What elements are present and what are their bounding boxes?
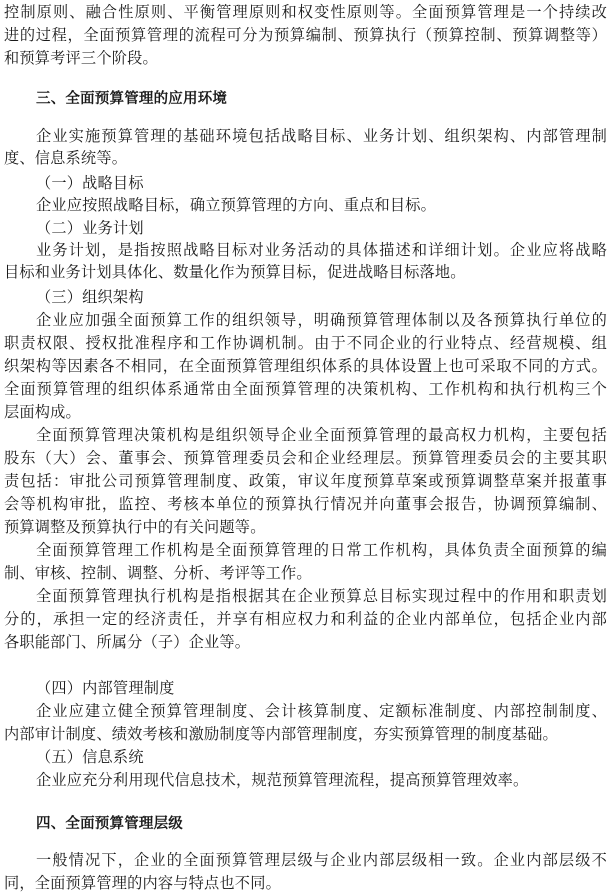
text-line: 全面预算管理执行机构是指根据其在企业预算总目标实现过程中的作用和职责划	[36, 585, 607, 608]
text-line: 股东（大）会、董事会、预算管理委员会和企业经理层。预算管理委员会的主要其职	[4, 447, 607, 470]
text-line: 和预算考评三个阶段。	[4, 47, 158, 70]
text-line: 业务计划，是指按照战略目标对业务活动的具体描述和详细计划。企业应将战略	[36, 239, 607, 262]
text-line: 度、信息系统等。	[4, 147, 127, 170]
text-line: 全面预算管理决策机构是组织领导企业全面预算管理的最高权力机构，主要包括	[36, 424, 607, 447]
text-line: 内部审计制度、绩效考核和激励制度等内部管理制度，夯实预算管理的制度基础。	[4, 723, 558, 746]
text-line: 全面预算管理的组织体系通常由全面预算管理的决策机构、工作机构和执行机构三个	[4, 378, 607, 401]
text-line: 企业应充分利用现代信息技术，规范预算管理流程，提高预算管理效率。	[36, 769, 528, 792]
text-line: 企业应加强全面预算工作的组织领导，明确预算管理体制以及各预算执行单位的	[36, 309, 607, 332]
text-line: 目标和业务计划具体化、数量化作为预算目标，促进战略目标落地。	[4, 261, 466, 284]
text-line: 会等机构审批，监控、考核本单位的预算执行情况并向董事会报告，协调预算编制、	[4, 493, 607, 516]
text-line: （四）内部管理制度	[36, 677, 175, 700]
text-line: 全面预算管理工作机构是全面预算管理的日常工作机构，具体负责全面预算的编	[36, 539, 607, 562]
text-line: 进的过程，全面预算管理的流程可分为预算编制、预算执行（预算控制、预算调整等）	[4, 24, 607, 47]
text-line: 职责权限、授权批准程序和工作协调机制。由于不同企业的行业特点、经营规模、组	[4, 332, 607, 355]
section-heading: 四、全面预算管理层级	[36, 813, 183, 836]
text-line: 层面构成。	[4, 401, 81, 424]
text-line: 分的，承担一定的经济责任，并享有相应权力和利益的企业内部单位，包括企业内部	[4, 608, 607, 631]
section-heading: 三、全面预算管理的应用环境	[36, 88, 227, 111]
text-line: 各职能部门、所属分（子）企业等。	[4, 631, 250, 654]
text-line: 制、审核、控制、调整、分析、考评等工作。	[4, 562, 312, 585]
text-line: （一）战略目标	[36, 172, 144, 195]
text-line: 责包括：审批公司预算管理制度、政策，审议年度预算草案或预算调整草案并报董事	[4, 470, 607, 493]
text-line: 企业实施预算管理的基础环境包括战略目标、业务计划、组织架构、内部管理制	[36, 125, 607, 148]
text-line: 预算调整及预算执行中的有关问题等。	[4, 516, 266, 539]
text-line: （三）组织架构	[36, 286, 144, 309]
text-line: 企业应按照战略目标，确立预算管理的方向、重点和目标。	[36, 194, 436, 217]
text-line: （二）业务计划	[36, 217, 144, 240]
text-line: 一般情况下，企业的全面预算管理层级与企业内部层级相一致。企业内部层级不	[36, 849, 607, 872]
text-line: 同，全面预算管理的内容与特点也不同。	[4, 872, 281, 894]
text-line: （五）信息系统	[36, 746, 144, 769]
text-line: 企业应建立健全预算管理制度、会计核算制度、定额标准制度、内部控制制度、	[36, 700, 607, 723]
text-line: 控制原则、融合性原则、平衡管理原则和权变性原则等。全面预算管理是一个持续改	[4, 1, 607, 24]
text-line: 织架构等因素各不相同，在全面预算管理组织体系的具体设置上也可采取不同的方式。	[4, 355, 607, 378]
